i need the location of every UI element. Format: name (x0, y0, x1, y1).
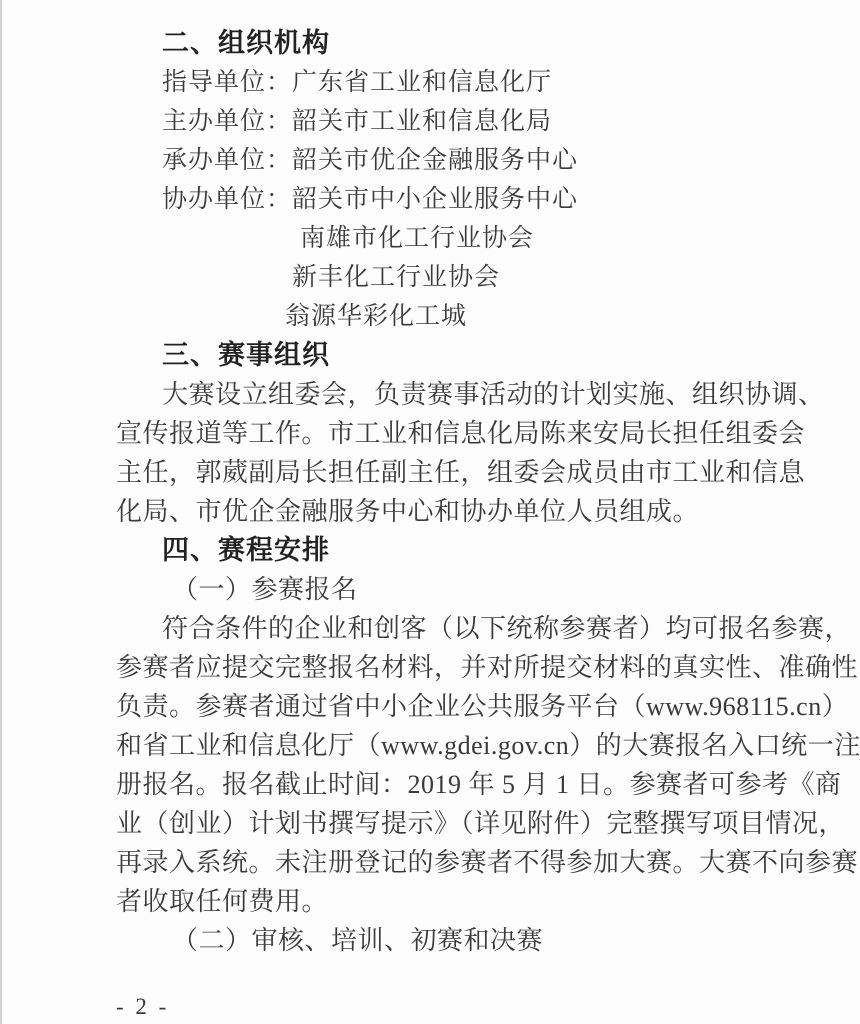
section-heading-schedule: 四、赛程安排 (116, 531, 816, 570)
paragraph-line: 符合条件的企业和创客（以下统称参赛者）均可报名参赛， (116, 609, 816, 648)
subsection-heading-review-training: （二）审核、培训、初赛和决赛 (116, 921, 816, 960)
paragraph-line: 者收取任何费用。 (116, 882, 816, 921)
paragraph-line: 化局、市优企金融服务中心和协办单位人员组成。 (116, 492, 816, 531)
section-heading-organization: 二、组织机构 (116, 24, 816, 63)
org-unit-line-host: 主办单位：韶关市工业和信息化局 (116, 102, 816, 141)
paragraph-line: 册报名。报名截止时间：2019 年 5 月 1 日。参赛者可参考《商 (116, 765, 816, 804)
paragraph-line: 参赛者应提交完整报名材料，并对所提交材料的真实性、准确性 (116, 648, 816, 687)
co-organizer-line: 翁源华彩化工城 (116, 297, 816, 336)
paragraph-line: 大赛设立组委会，负责赛事活动的计划实施、组织协调、 (116, 375, 816, 414)
co-organizer-line: 南雄市化工行业协会 (116, 219, 816, 258)
page-number: - 2 - (116, 994, 169, 1020)
scan-edge-artifact (0, 0, 2, 1024)
org-unit-line-guidance: 指导单位：广东省工业和信息化厅 (116, 63, 816, 102)
org-unit-line-co-organizer: 协办单位：韶关市中小企业服务中心 (116, 180, 816, 219)
paragraph-line: 主任，郭葳副局长担任副主任，组委会成员由市工业和信息 (116, 453, 816, 492)
co-organizer-line: 新丰化工行业协会 (116, 258, 816, 297)
scanned-document-page: 二、组织机构 指导单位：广东省工业和信息化厅 主办单位：韶关市工业和信息化局 承… (0, 0, 860, 1024)
section-heading-event-organization: 三、赛事组织 (116, 336, 816, 375)
paragraph-line: 业（创业）计划书撰写提示》（详见附件）完整撰写项目情况， (116, 804, 816, 843)
subsection-heading-registration: （一）参赛报名 (116, 570, 816, 609)
paragraph-line: 和省工业和信息化厅（www.gdei.gov.cn）的大赛报名入口统一注 (116, 726, 816, 765)
document-content: 二、组织机构 指导单位：广东省工业和信息化厅 主办单位：韶关市工业和信息化局 承… (116, 24, 816, 960)
org-unit-line-undertaker: 承办单位：韶关市优企金融服务中心 (116, 141, 816, 180)
paragraph-line: 负责。参赛者通过省中小企业公共服务平台（www.968115.cn） (116, 687, 816, 726)
paragraph-line: 再录入系统。未注册登记的参赛者不得参加大赛。大赛不向参赛 (116, 843, 816, 882)
paragraph-line: 宣传报道等工作。市工业和信息化局陈来安局长担任组委会 (116, 414, 816, 453)
